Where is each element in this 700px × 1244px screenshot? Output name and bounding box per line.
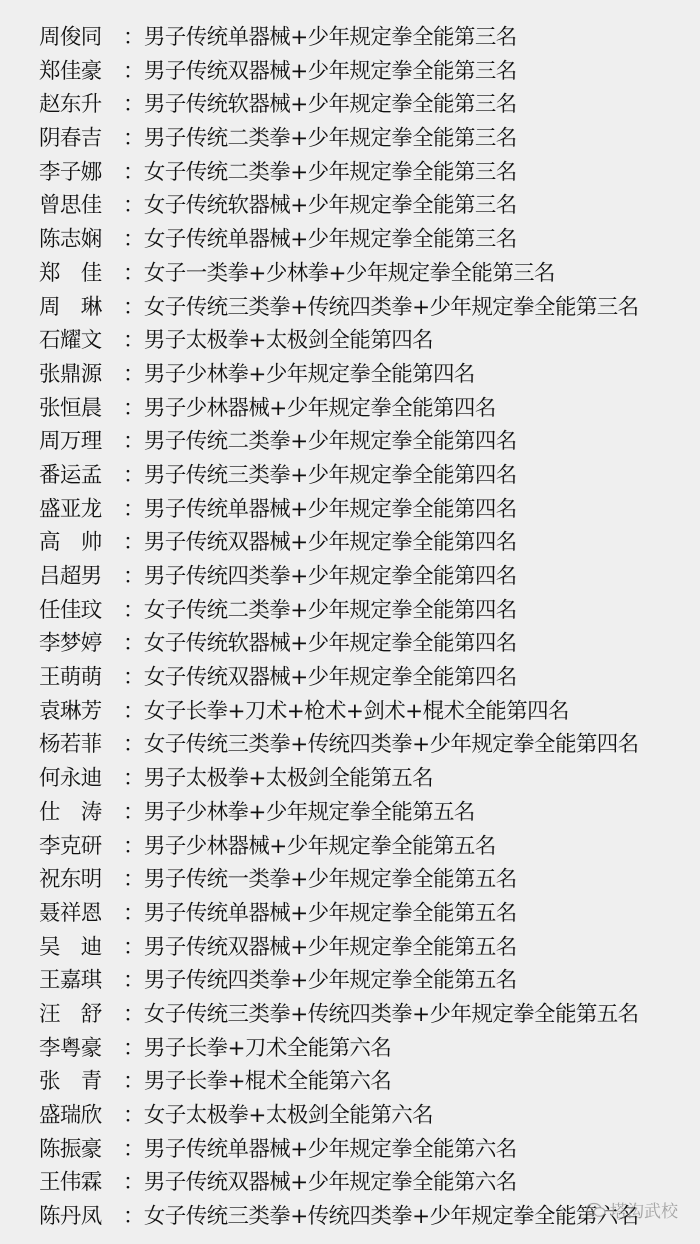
award-text: 男子传统二类拳+少年规定拳全能第四名 bbox=[144, 429, 517, 454]
athlete-name: 张 青 bbox=[39, 1065, 123, 1099]
separator: ： bbox=[123, 796, 144, 830]
athlete-name: 番运孟 bbox=[39, 459, 123, 493]
award-text: 女子传统二类拳+少年规定拳全能第四名 bbox=[144, 598, 517, 623]
list-item: 袁琳芳：女子长拳+刀术+枪术+剑术+棍术全能第四名 bbox=[39, 695, 639, 729]
list-item: 李克研：男子少林器械+少年规定拳全能第五名 bbox=[39, 830, 639, 864]
separator: ： bbox=[123, 189, 144, 223]
award-text: 男子传统一类拳+少年规定拳全能第五名 bbox=[144, 867, 517, 892]
award-text: 女子传统三类拳+传统四类拳+少年规定拳全能第五名 bbox=[144, 1002, 639, 1027]
award-text: 男子传统软器械+少年规定拳全能第三名 bbox=[144, 92, 517, 117]
award-text: 女子一类拳+少林拳+少年规定拳全能第三名 bbox=[144, 261, 555, 286]
athlete-name: 李梦婷 bbox=[39, 627, 123, 661]
athlete-name: 李子娜 bbox=[39, 156, 123, 190]
list-item: 李梦婷：女子传统软器械+少年规定拳全能第四名 bbox=[39, 627, 639, 661]
athlete-name: 陈志娴 bbox=[39, 223, 123, 257]
separator: ： bbox=[123, 156, 144, 190]
award-text: 男子少林器械+少年规定拳全能第四名 bbox=[144, 396, 496, 421]
list-item: 曾思佳：女子传统软器械+少年规定拳全能第三名 bbox=[39, 189, 639, 223]
separator: ： bbox=[123, 526, 144, 560]
award-text: 男子少林器械+少年规定拳全能第五名 bbox=[144, 834, 496, 859]
award-text: 女子传统软器械+少年规定拳全能第四名 bbox=[144, 631, 517, 656]
award-text: 男子长拳+棍术全能第六名 bbox=[144, 1069, 391, 1094]
list-item: 陈丹凤：女子传统三类拳+传统四类拳+少年规定拳全能第六名 bbox=[39, 1200, 639, 1234]
award-text: 男子太极拳+太极剑全能第四名 bbox=[144, 328, 433, 353]
athlete-name: 祝东明 bbox=[39, 863, 123, 897]
list-item: 陈志娴：女子传统单器械+少年规定拳全能第三名 bbox=[39, 223, 639, 257]
separator: ： bbox=[123, 324, 144, 358]
award-text: 男子传统四类拳+少年规定拳全能第四名 bbox=[144, 564, 517, 589]
athlete-name: 赵东升 bbox=[39, 88, 123, 122]
list-item: 王嘉琪：男子传统四类拳+少年规定拳全能第五名 bbox=[39, 964, 639, 998]
athlete-name: 高 帅 bbox=[39, 526, 123, 560]
separator: ： bbox=[123, 728, 144, 762]
award-text: 男子长拳+刀术全能第六名 bbox=[144, 1036, 391, 1061]
separator: ： bbox=[123, 627, 144, 661]
athlete-name: 陈振豪 bbox=[39, 1133, 123, 1167]
list-item: 周 琳：女子传统三类拳+传统四类拳+少年规定拳全能第三名 bbox=[39, 291, 639, 325]
separator: ： bbox=[123, 291, 144, 325]
list-item: 陈振豪：男子传统单器械+少年规定拳全能第六名 bbox=[39, 1133, 639, 1167]
list-item: 阴春吉：男子传统二类拳+少年规定拳全能第三名 bbox=[39, 122, 639, 156]
athlete-name: 李克研 bbox=[39, 830, 123, 864]
award-text: 男子太极拳+太极剑全能第五名 bbox=[144, 766, 433, 791]
award-text: 女子太极拳+太极剑全能第六名 bbox=[144, 1103, 433, 1128]
award-text: 女子传统三类拳+传统四类拳+少年规定拳全能第三名 bbox=[144, 295, 639, 320]
list-item: 吕超男：男子传统四类拳+少年规定拳全能第四名 bbox=[39, 560, 639, 594]
award-text: 女子传统软器械+少年规定拳全能第三名 bbox=[144, 193, 517, 218]
list-item: 郑佳豪：男子传统双器械+少年规定拳全能第三名 bbox=[39, 55, 639, 89]
separator: ： bbox=[123, 425, 144, 459]
list-item: 盛瑞欣：女子太极拳+太极剑全能第六名 bbox=[39, 1099, 639, 1133]
award-text: 男子传统单器械+少年规定拳全能第五名 bbox=[144, 901, 517, 926]
separator: ： bbox=[123, 998, 144, 1032]
athlete-name: 袁琳芳 bbox=[39, 695, 123, 729]
list-item: 王萌萌：女子传统双器械+少年规定拳全能第四名 bbox=[39, 661, 639, 695]
list-item: 何永迪：男子太极拳+太极剑全能第五名 bbox=[39, 762, 639, 796]
separator: ： bbox=[123, 897, 144, 931]
athlete-name: 张鼎源 bbox=[39, 358, 123, 392]
award-text: 男子传统双器械+少年规定拳全能第四名 bbox=[144, 530, 517, 555]
athlete-name: 郑佳豪 bbox=[39, 55, 123, 89]
athlete-name: 曾思佳 bbox=[39, 189, 123, 223]
athlete-name: 石耀文 bbox=[39, 324, 123, 358]
separator: ： bbox=[123, 1065, 144, 1099]
separator: ： bbox=[123, 392, 144, 426]
separator: ： bbox=[123, 358, 144, 392]
separator: ： bbox=[123, 695, 144, 729]
award-text: 男子少林拳+少年规定拳全能第五名 bbox=[144, 800, 475, 825]
award-text: 男子少林拳+少年规定拳全能第四名 bbox=[144, 362, 475, 387]
separator: ： bbox=[123, 88, 144, 122]
award-text: 男子传统三类拳+少年规定拳全能第四名 bbox=[144, 463, 517, 488]
list-item: 番运孟：男子传统三类拳+少年规定拳全能第四名 bbox=[39, 459, 639, 493]
athlete-name: 周俊同 bbox=[39, 21, 123, 55]
separator: ： bbox=[123, 1099, 144, 1133]
athlete-name: 李粤豪 bbox=[39, 1032, 123, 1066]
award-list: 周俊同：男子传统单器械+少年规定拳全能第三名郑佳豪：男子传统双器械+少年规定拳全… bbox=[39, 21, 639, 1234]
separator: ： bbox=[123, 459, 144, 493]
athlete-name: 周 琳 bbox=[39, 291, 123, 325]
separator: ： bbox=[123, 1200, 144, 1234]
award-text: 男子传统单器械+少年规定拳全能第三名 bbox=[144, 25, 517, 50]
list-item: 吴 迪：男子传统双器械+少年规定拳全能第五名 bbox=[39, 931, 639, 965]
separator: ： bbox=[123, 122, 144, 156]
separator: ： bbox=[123, 661, 144, 695]
athlete-name: 周万理 bbox=[39, 425, 123, 459]
separator: ： bbox=[123, 55, 144, 89]
separator: ： bbox=[123, 863, 144, 897]
award-text: 男子传统二类拳+少年规定拳全能第三名 bbox=[144, 126, 517, 151]
list-item: 仕 涛：男子少林拳+少年规定拳全能第五名 bbox=[39, 796, 639, 830]
separator: ： bbox=[123, 931, 144, 965]
award-text: 男子传统单器械+少年规定拳全能第四名 bbox=[144, 497, 517, 522]
award-text: 女子传统单器械+少年规定拳全能第三名 bbox=[144, 227, 517, 252]
separator: ： bbox=[123, 257, 144, 291]
separator: ： bbox=[123, 1133, 144, 1167]
list-item: 张恒晨：男子少林器械+少年规定拳全能第四名 bbox=[39, 392, 639, 426]
wechat-icon bbox=[586, 1202, 606, 1218]
award-text: 女子传统三类拳+传统四类拳+少年规定拳全能第六名 bbox=[144, 1204, 639, 1229]
athlete-name: 阴春吉 bbox=[39, 122, 123, 156]
athlete-name: 王萌萌 bbox=[39, 661, 123, 695]
list-item: 任佳玟：女子传统二类拳+少年规定拳全能第四名 bbox=[39, 594, 639, 628]
watermark: 塔沟武校 bbox=[586, 1197, 678, 1222]
list-item: 石耀文：男子太极拳+太极剑全能第四名 bbox=[39, 324, 639, 358]
separator: ： bbox=[123, 560, 144, 594]
separator: ： bbox=[123, 762, 144, 796]
list-item: 赵东升：男子传统软器械+少年规定拳全能第三名 bbox=[39, 88, 639, 122]
athlete-name: 郑 佳 bbox=[39, 257, 123, 291]
athlete-name: 仕 涛 bbox=[39, 796, 123, 830]
athlete-name: 吴 迪 bbox=[39, 931, 123, 965]
list-item: 李粤豪：男子长拳+刀术全能第六名 bbox=[39, 1032, 639, 1066]
separator: ： bbox=[123, 594, 144, 628]
athlete-name: 陈丹凤 bbox=[39, 1200, 123, 1234]
list-item: 郑 佳：女子一类拳+少林拳+少年规定拳全能第三名 bbox=[39, 257, 639, 291]
athlete-name: 任佳玟 bbox=[39, 594, 123, 628]
list-item: 张鼎源：男子少林拳+少年规定拳全能第四名 bbox=[39, 358, 639, 392]
separator: ： bbox=[123, 21, 144, 55]
list-item: 汪 舒：女子传统三类拳+传统四类拳+少年规定拳全能第五名 bbox=[39, 998, 639, 1032]
award-text: 女子传统双器械+少年规定拳全能第四名 bbox=[144, 665, 517, 690]
separator: ： bbox=[123, 223, 144, 257]
athlete-name: 吕超男 bbox=[39, 560, 123, 594]
athlete-name: 何永迪 bbox=[39, 762, 123, 796]
athlete-name: 张恒晨 bbox=[39, 392, 123, 426]
athlete-name: 王嘉琪 bbox=[39, 964, 123, 998]
list-item: 王伟霖：男子传统双器械+少年规定拳全能第六名 bbox=[39, 1166, 639, 1200]
award-text: 男子传统双器械+少年规定拳全能第三名 bbox=[144, 59, 517, 84]
athlete-name: 汪 舒 bbox=[39, 998, 123, 1032]
athlete-name: 盛亚龙 bbox=[39, 493, 123, 527]
separator: ： bbox=[123, 493, 144, 527]
list-item: 周万理：男子传统二类拳+少年规定拳全能第四名 bbox=[39, 425, 639, 459]
award-text: 女子传统二类拳+少年规定拳全能第三名 bbox=[144, 160, 517, 185]
list-item: 聂祥恩：男子传统单器械+少年规定拳全能第五名 bbox=[39, 897, 639, 931]
award-text: 男子传统四类拳+少年规定拳全能第五名 bbox=[144, 968, 517, 993]
award-text: 女子传统三类拳+传统四类拳+少年规定拳全能第四名 bbox=[144, 732, 639, 757]
watermark-text: 塔沟武校 bbox=[610, 1197, 678, 1222]
award-text: 男子传统单器械+少年规定拳全能第六名 bbox=[144, 1137, 517, 1162]
award-text: 男子传统双器械+少年规定拳全能第五名 bbox=[144, 935, 517, 960]
athlete-name: 盛瑞欣 bbox=[39, 1099, 123, 1133]
list-item: 周俊同：男子传统单器械+少年规定拳全能第三名 bbox=[39, 21, 639, 55]
athlete-name: 王伟霖 bbox=[39, 1166, 123, 1200]
separator: ： bbox=[123, 1032, 144, 1066]
list-item: 高 帅：男子传统双器械+少年规定拳全能第四名 bbox=[39, 526, 639, 560]
list-item: 盛亚龙：男子传统单器械+少年规定拳全能第四名 bbox=[39, 493, 639, 527]
award-text: 男子传统双器械+少年规定拳全能第六名 bbox=[144, 1170, 517, 1195]
list-item: 杨若菲：女子传统三类拳+传统四类拳+少年规定拳全能第四名 bbox=[39, 728, 639, 762]
award-text: 女子长拳+刀术+枪术+剑术+棍术全能第四名 bbox=[144, 699, 569, 724]
athlete-name: 聂祥恩 bbox=[39, 897, 123, 931]
separator: ： bbox=[123, 1166, 144, 1200]
list-item: 祝东明：男子传统一类拳+少年规定拳全能第五名 bbox=[39, 863, 639, 897]
separator: ： bbox=[123, 830, 144, 864]
list-item: 张 青：男子长拳+棍术全能第六名 bbox=[39, 1065, 639, 1099]
list-item: 李子娜：女子传统二类拳+少年规定拳全能第三名 bbox=[39, 156, 639, 190]
separator: ： bbox=[123, 964, 144, 998]
athlete-name: 杨若菲 bbox=[39, 728, 123, 762]
